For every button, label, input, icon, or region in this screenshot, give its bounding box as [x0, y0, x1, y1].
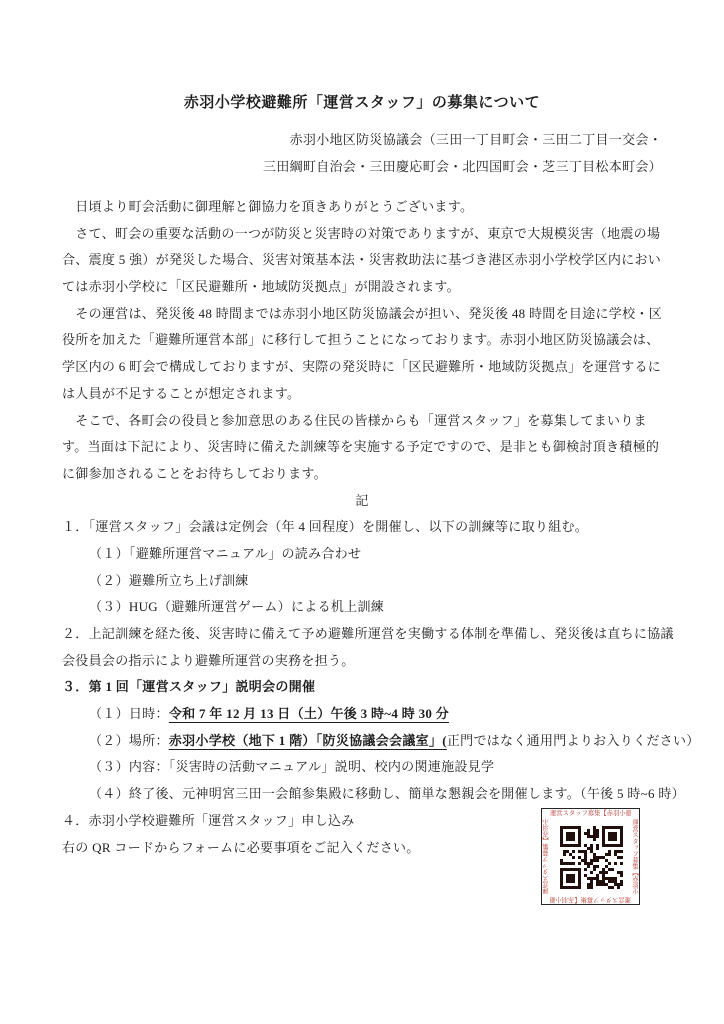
- datetime-label: （１）日時：: [89, 706, 169, 721]
- organization-block: 赤羽小地区防災協議会（三田一丁目町会・三田二丁目一交会・ 三田綱町自治会・三田慶…: [62, 126, 662, 180]
- place-label: （２）場所：: [89, 733, 169, 748]
- datetime-value: 令和 7 年 12 月 13 日（土）午後 3 時~4 時 30 分: [169, 706, 449, 721]
- item-1-sub-1: （１）「避難所運営マニュアル」の読み合わせ: [62, 541, 662, 568]
- document-page: 赤羽小学校避難所「運営スタッフ」の募集について 赤羽小地区防災協議会（三田一丁目…: [0, 0, 724, 1024]
- paragraph-2-line-2: 合、震度 5 強）が発災した場合、災害対策基本法・災害救助法に基づき港区赤羽小学…: [62, 247, 662, 274]
- paragraph-3-line-1: その運営は、発災後 48 時間までは赤羽小地区防災協議会が担い、発災後 48 時…: [62, 301, 662, 328]
- paragraph-3-line-3: 学区内の 6 町会で構成しておりますが、実際の発災時に「区民避難所・地域防災拠点…: [62, 354, 662, 381]
- qr-label-bottom: 運営スタッフ募集【赤羽小避難所】: [550, 894, 631, 904]
- organization-line-1: 赤羽小地区防災協議会（三田一丁目町会・三田二丁目一交会・: [62, 126, 662, 153]
- paragraph-4-line-3: に御参加されることをお待ちしております。: [62, 461, 662, 488]
- document-content: 赤羽小学校避難所「運営スタッフ」の募集について 赤羽小地区防災協議会（三田一丁目…: [62, 88, 662, 861]
- item-3-heading: ３．第 1 回「運営スタッフ」説明会の開催: [62, 674, 662, 701]
- body-text: 日頃より町会活動に御理解と御協力を頂きありがとうございます。 さて、町会の重要な…: [62, 194, 662, 861]
- qr-code: [560, 826, 623, 889]
- place-note: 正門ではなく通用門よりお入りください）: [447, 733, 700, 748]
- ki-heading: 記: [62, 488, 662, 515]
- paragraph-3-line-4: は人員が不足することが想定されます。: [62, 381, 662, 408]
- organization-line-2: 三田綱町自治会・三田慶応町会・北四国町会・芝三丁目松本町会）: [62, 153, 662, 180]
- item-3-datetime: （１）日時：令和 7 年 12 月 13 日（土）午後 3 時~4 時 30 分: [62, 701, 662, 728]
- qr-code-frame: 運営スタッフ募集【赤羽小避難所】 運営スタッフ募集【赤羽小避難所】 運営スタッフ…: [541, 808, 640, 905]
- qr-label-top: 運営スタッフ募集【赤羽小避難所】: [550, 809, 631, 819]
- item-1: １．「運営スタッフ」会議は定例会（年 4 回程度）を開催し、以下の訓練等に取り組…: [62, 514, 662, 541]
- item-1-sub-2: （２）避難所立ち上げ訓練: [62, 568, 662, 595]
- page-title: 赤羽小学校避難所「運営スタッフ」の募集について: [62, 88, 662, 118]
- qr-label-left: 運営スタッフ募集【赤羽小避難所】: [542, 819, 552, 894]
- paragraph-2-line-3: ては赤羽小学校に「区民避難所・地域防災拠点」が開設されます。: [62, 274, 662, 301]
- paragraph-2-line-1: さて、町会の重要な活動の一つが防災と災害時の対策でありますが、東京で大規模災害（…: [62, 221, 662, 248]
- qr-label-right: 運営スタッフ募集【赤羽小避難所】: [629, 819, 639, 894]
- item-3-content: （３）内容：「災害時の活動マニュアル」説明、校内の関連施設見学: [62, 754, 662, 781]
- item-3-place: （２）場所：赤羽小学校（地下 1 階）「防災協議会会議室」(正門ではなく通用門よ…: [62, 728, 662, 755]
- item-2-line-1: ２．上記訓練を経た後、災害時に備えて予め避難所運営を実働する体制を準備し、発災後…: [62, 621, 662, 648]
- paragraph-4-line-1: そこで、各町会の役員と参加意思のある住民の皆様からも「運営スタッフ」を募集してま…: [62, 408, 662, 435]
- paragraph-3-line-2: 役所を加えた「避難所運営本部」に移行して担うことになっております。赤羽小地区防災…: [62, 327, 662, 354]
- place-value: 赤羽小学校（地下 1 階）「防災協議会会議室」(: [169, 733, 447, 748]
- paragraph-4-line-2: す。当面は下記により、災害時に備えた訓練等を実施する予定ですので、是非とも御検討…: [62, 434, 662, 461]
- item-3-after: （４）終了後、元神明宮三田一会館参集殿に移動し、簡単な懇親会を開催します。（午後…: [62, 781, 662, 808]
- item-2-line-2: 会役員会の指示により避難所運営の実務を担う。: [62, 648, 662, 675]
- greeting-line: 日頃より町会活動に御理解と御協力を頂きありがとうございます。: [62, 194, 662, 221]
- item-1-sub-3: （３）HUG（避難所運営ゲーム）による机上訓練: [62, 594, 662, 621]
